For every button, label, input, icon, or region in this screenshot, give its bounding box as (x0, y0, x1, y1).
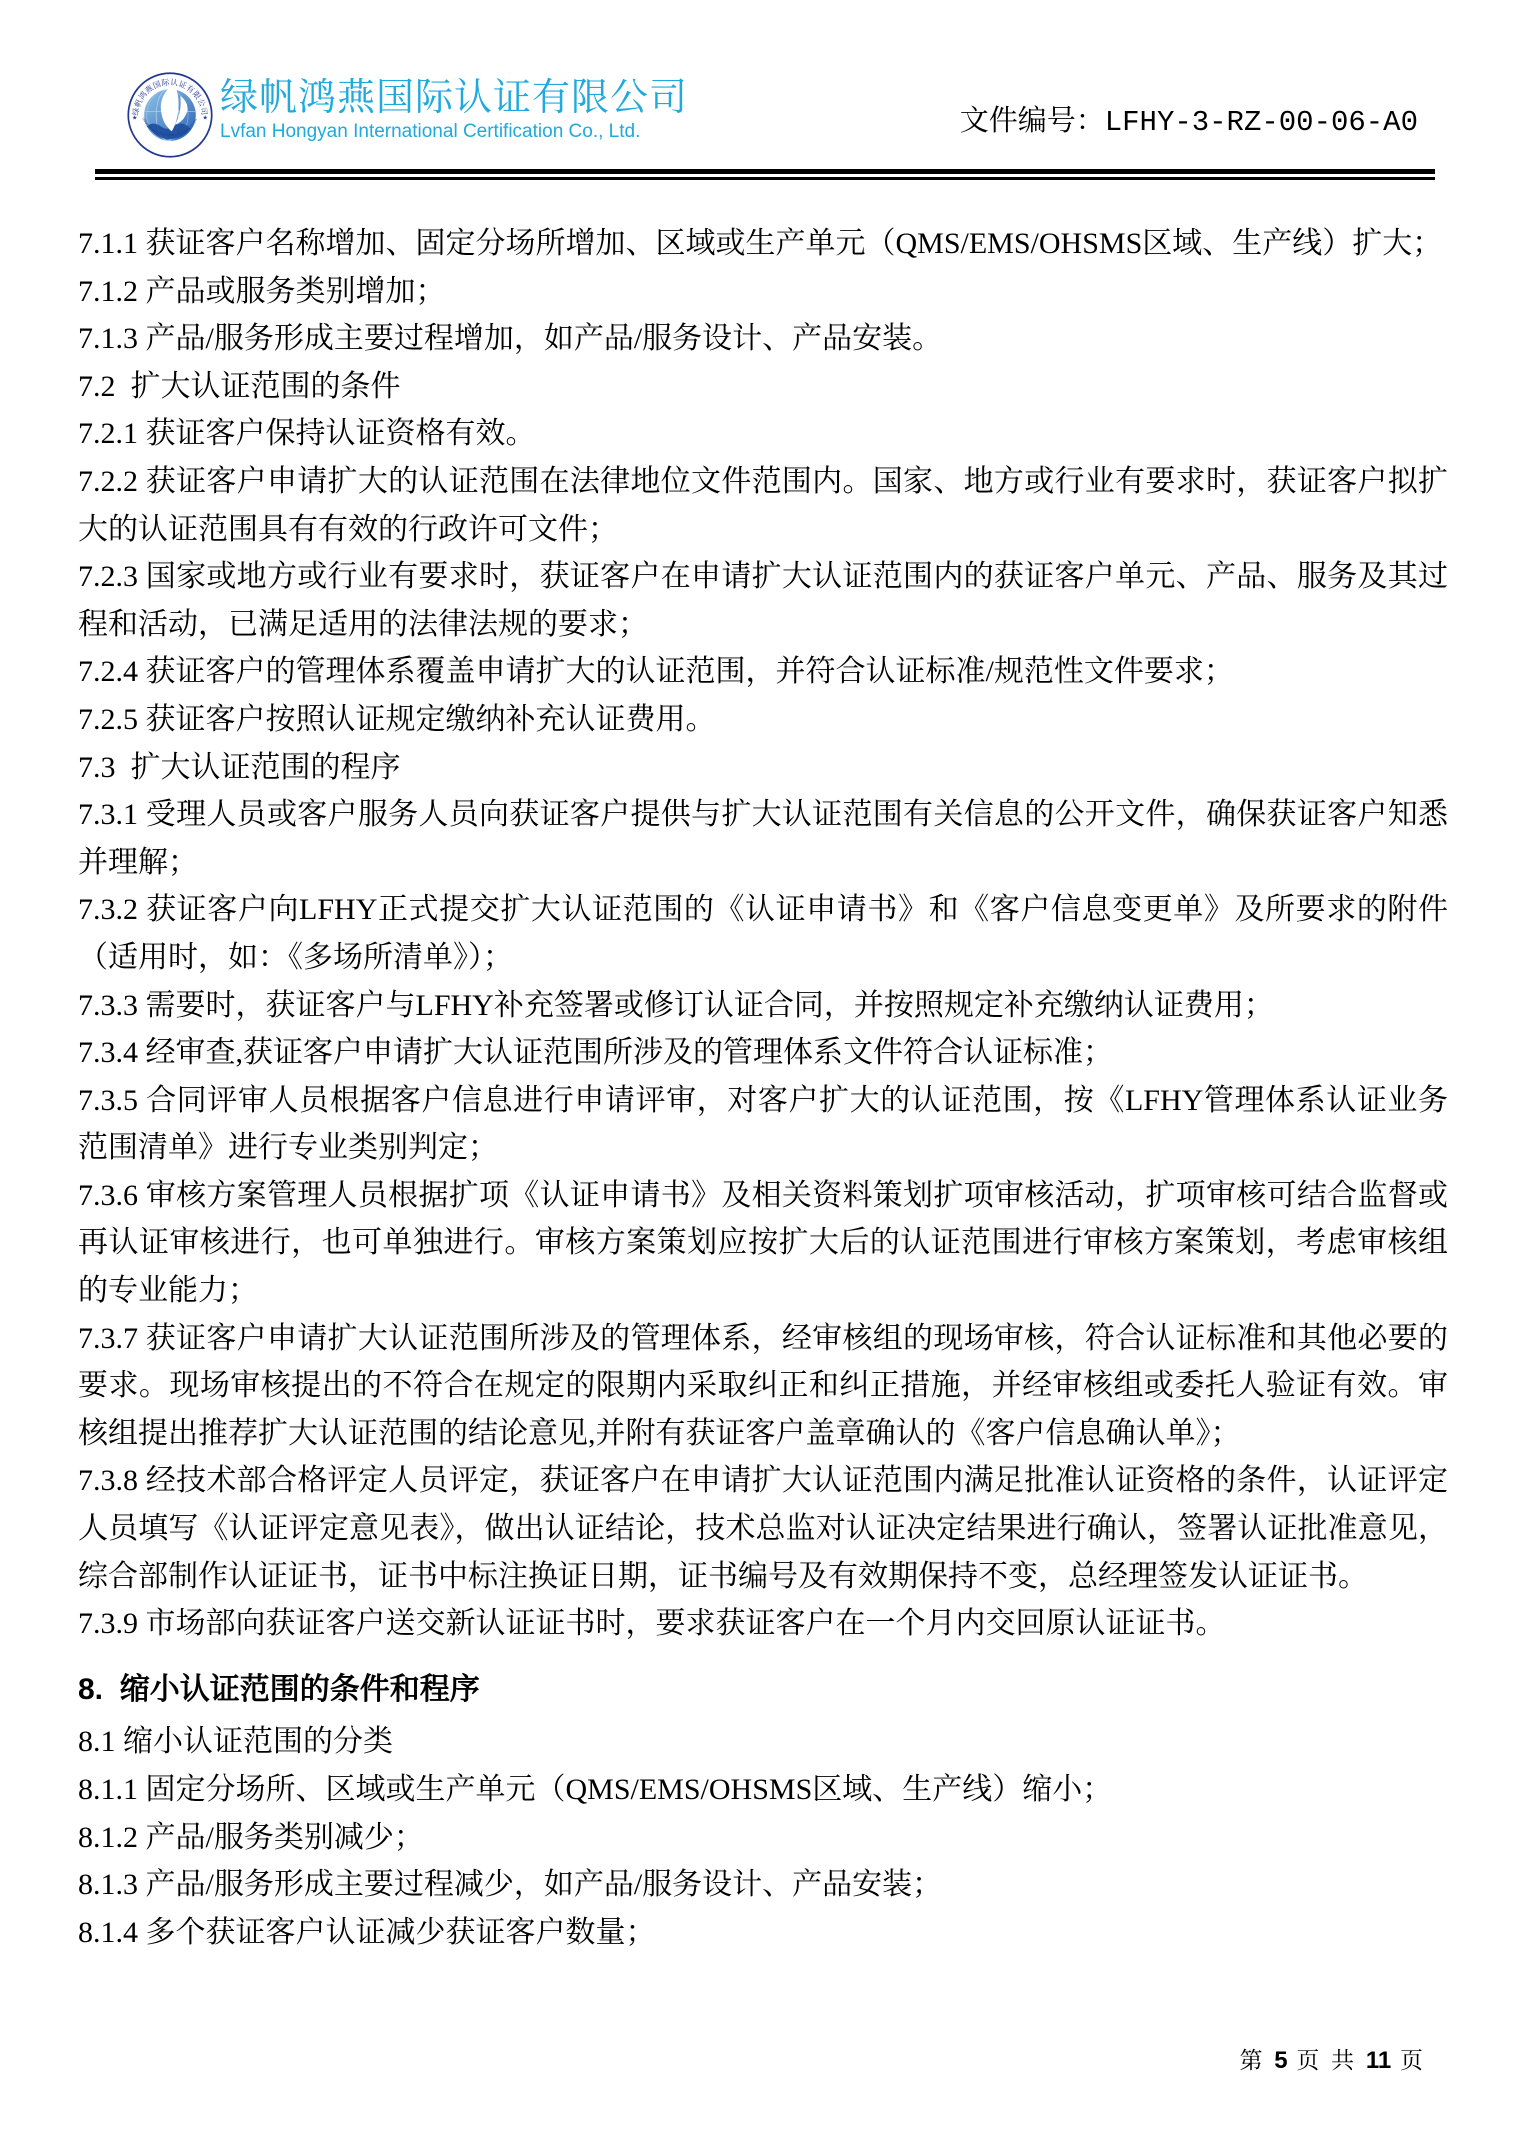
para-8-1-1: 8.1.1 固定分场所、区域或生产单元（QMS/EMS/OHSMS区域、生产线）… (78, 1766, 1448, 1814)
footer-text-ye-gong: 页 共 (1296, 2048, 1357, 2073)
para-7-1-3: 7.1.3 产品/服务形成主要过程增加，如产品/服务设计、产品安装。 (78, 315, 1448, 363)
header: 绿帆鸿燕国际认证有限公司 LVFANHONGYAN INTERNATIONAL … (78, 70, 1448, 158)
para-8-1-4: 8.1.4 多个获证客户认证减少获证客户数量； (78, 1909, 1448, 1957)
para-7-3-3: 7.3.3 需要时，获证客户与LFHY补充签署或修订认证合同，并按照规定补充缴纳… (78, 982, 1448, 1030)
para-7-2-1: 7.2.1 获证客户保持认证资格有效。 (78, 410, 1448, 458)
section-8-heading: 8. 缩小认证范围的条件和程序 (78, 1666, 1448, 1714)
page-footer: 第 5 页 共 11 页 (1240, 2042, 1426, 2075)
document-page: 绿帆鸿燕国际认证有限公司 LVFANHONGYAN INTERNATIONAL … (0, 0, 1514, 2140)
company-name-en: Lvfan Hongyan International Certificatio… (220, 121, 688, 143)
para-7-3-2: 7.3.2 获证客户向LFHY正式提交扩大认证范围的《认证申请书》和《客户信息变… (78, 886, 1448, 981)
company-names: 绿帆鸿燕国际认证有限公司 Lvfan Hongyan International… (220, 78, 688, 143)
para-7-2-4: 7.2.4 获证客户的管理体系覆盖申请扩大的认证范围，并符合认证标准/规范性文件… (78, 648, 1448, 696)
para-7-1-2: 7.1.2 产品或服务类别增加； (78, 268, 1448, 316)
para-7-3-7: 7.3.7 获证客户申请扩大认证范围所涉及的管理体系，经审核组的现场审核，符合认… (78, 1315, 1448, 1458)
footer-page-total: 11 (1366, 2047, 1391, 2074)
para-7-3-9: 7.3.9 市场部向获证客户送交新认证证书时，要求获证客户在一个月内交回原认证证… (78, 1600, 1448, 1648)
header-rule-thin (95, 177, 1435, 180)
header-brand: 绿帆鸿燕国际认证有限公司 LVFANHONGYAN INTERNATIONAL … (127, 70, 688, 158)
logo-star-left-icon: ★ (132, 114, 137, 121)
para-7-3-8: 7.3.8 经技术部合格评定人员评定，获证客户在申请扩大认证范围内满足批准认证资… (78, 1457, 1448, 1600)
para-7-3-6: 7.3.6 审核方案管理人员根据扩项《认证申请书》及相关资料策划扩项审核活动，扩… (78, 1172, 1448, 1315)
header-rule-thick (95, 169, 1435, 174)
footer-text-di: 第 (1240, 2048, 1266, 2073)
footer-text-ye: 页 (1400, 2048, 1426, 2073)
company-logo-seal-icon: 绿帆鸿燕国际认证有限公司 LVFANHONGYAN INTERNATIONAL … (127, 72, 213, 158)
para-7-2: 7.2 扩大认证范围的条件 (78, 363, 1448, 411)
para-7-1-1: 7.1.1 获证客户名称增加、固定分场所增加、区域或生产单元（QMS/EMS/O… (78, 220, 1448, 268)
doc-number-value: LFHY-3-RZ-00-06-A0 (1105, 106, 1418, 139)
para-7-3: 7.3 扩大认证范围的程序 (78, 744, 1448, 792)
para-8-1-3: 8.1.3 产品/服务形成主要过程减少，如产品/服务设计、产品安装； (78, 1861, 1448, 1909)
para-7-2-2: 7.2.2 获证客户申请扩大的认证范围在法律地位文件范围内。国家、地方或行业有要… (78, 458, 1448, 553)
doc-number: 文件编号：LFHY-3-RZ-00-06-A0 (960, 98, 1418, 139)
para-7-2-5: 7.2.5 获证客户按照认证规定缴纳补充认证费用。 (78, 696, 1448, 744)
para-7-3-5: 7.3.5 合同评审人员根据客户信息进行申请评审，对客户扩大的认证范围，按《LF… (78, 1077, 1448, 1172)
para-7-3-1: 7.3.1 受理人员或客户服务人员向获证客户提供与扩大认证范围有关信息的公开文件… (78, 791, 1448, 886)
para-8-1-2: 8.1.2 产品/服务类别减少； (78, 1814, 1448, 1862)
doc-number-label: 文件编号： (960, 105, 1105, 137)
logo-star-right-icon: ★ (203, 114, 208, 121)
company-name-zh: 绿帆鸿燕国际认证有限公司 (220, 78, 688, 118)
footer-page-current: 5 (1274, 2047, 1287, 2074)
document-body: 7.1.1 获证客户名称增加、固定分场所增加、区域或生产单元（QMS/EMS/O… (78, 220, 1448, 1956)
para-8-1: 8.1 缩小认证范围的分类 (78, 1718, 1448, 1766)
para-7-2-3: 7.2.3 国家或地方或行业有要求时，获证客户在申请扩大认证范围内的获证客户单元… (78, 553, 1448, 648)
para-7-3-4: 7.3.4 经审查,获证客户申请扩大认证范围所涉及的管理体系文件符合认证标准； (78, 1029, 1448, 1077)
